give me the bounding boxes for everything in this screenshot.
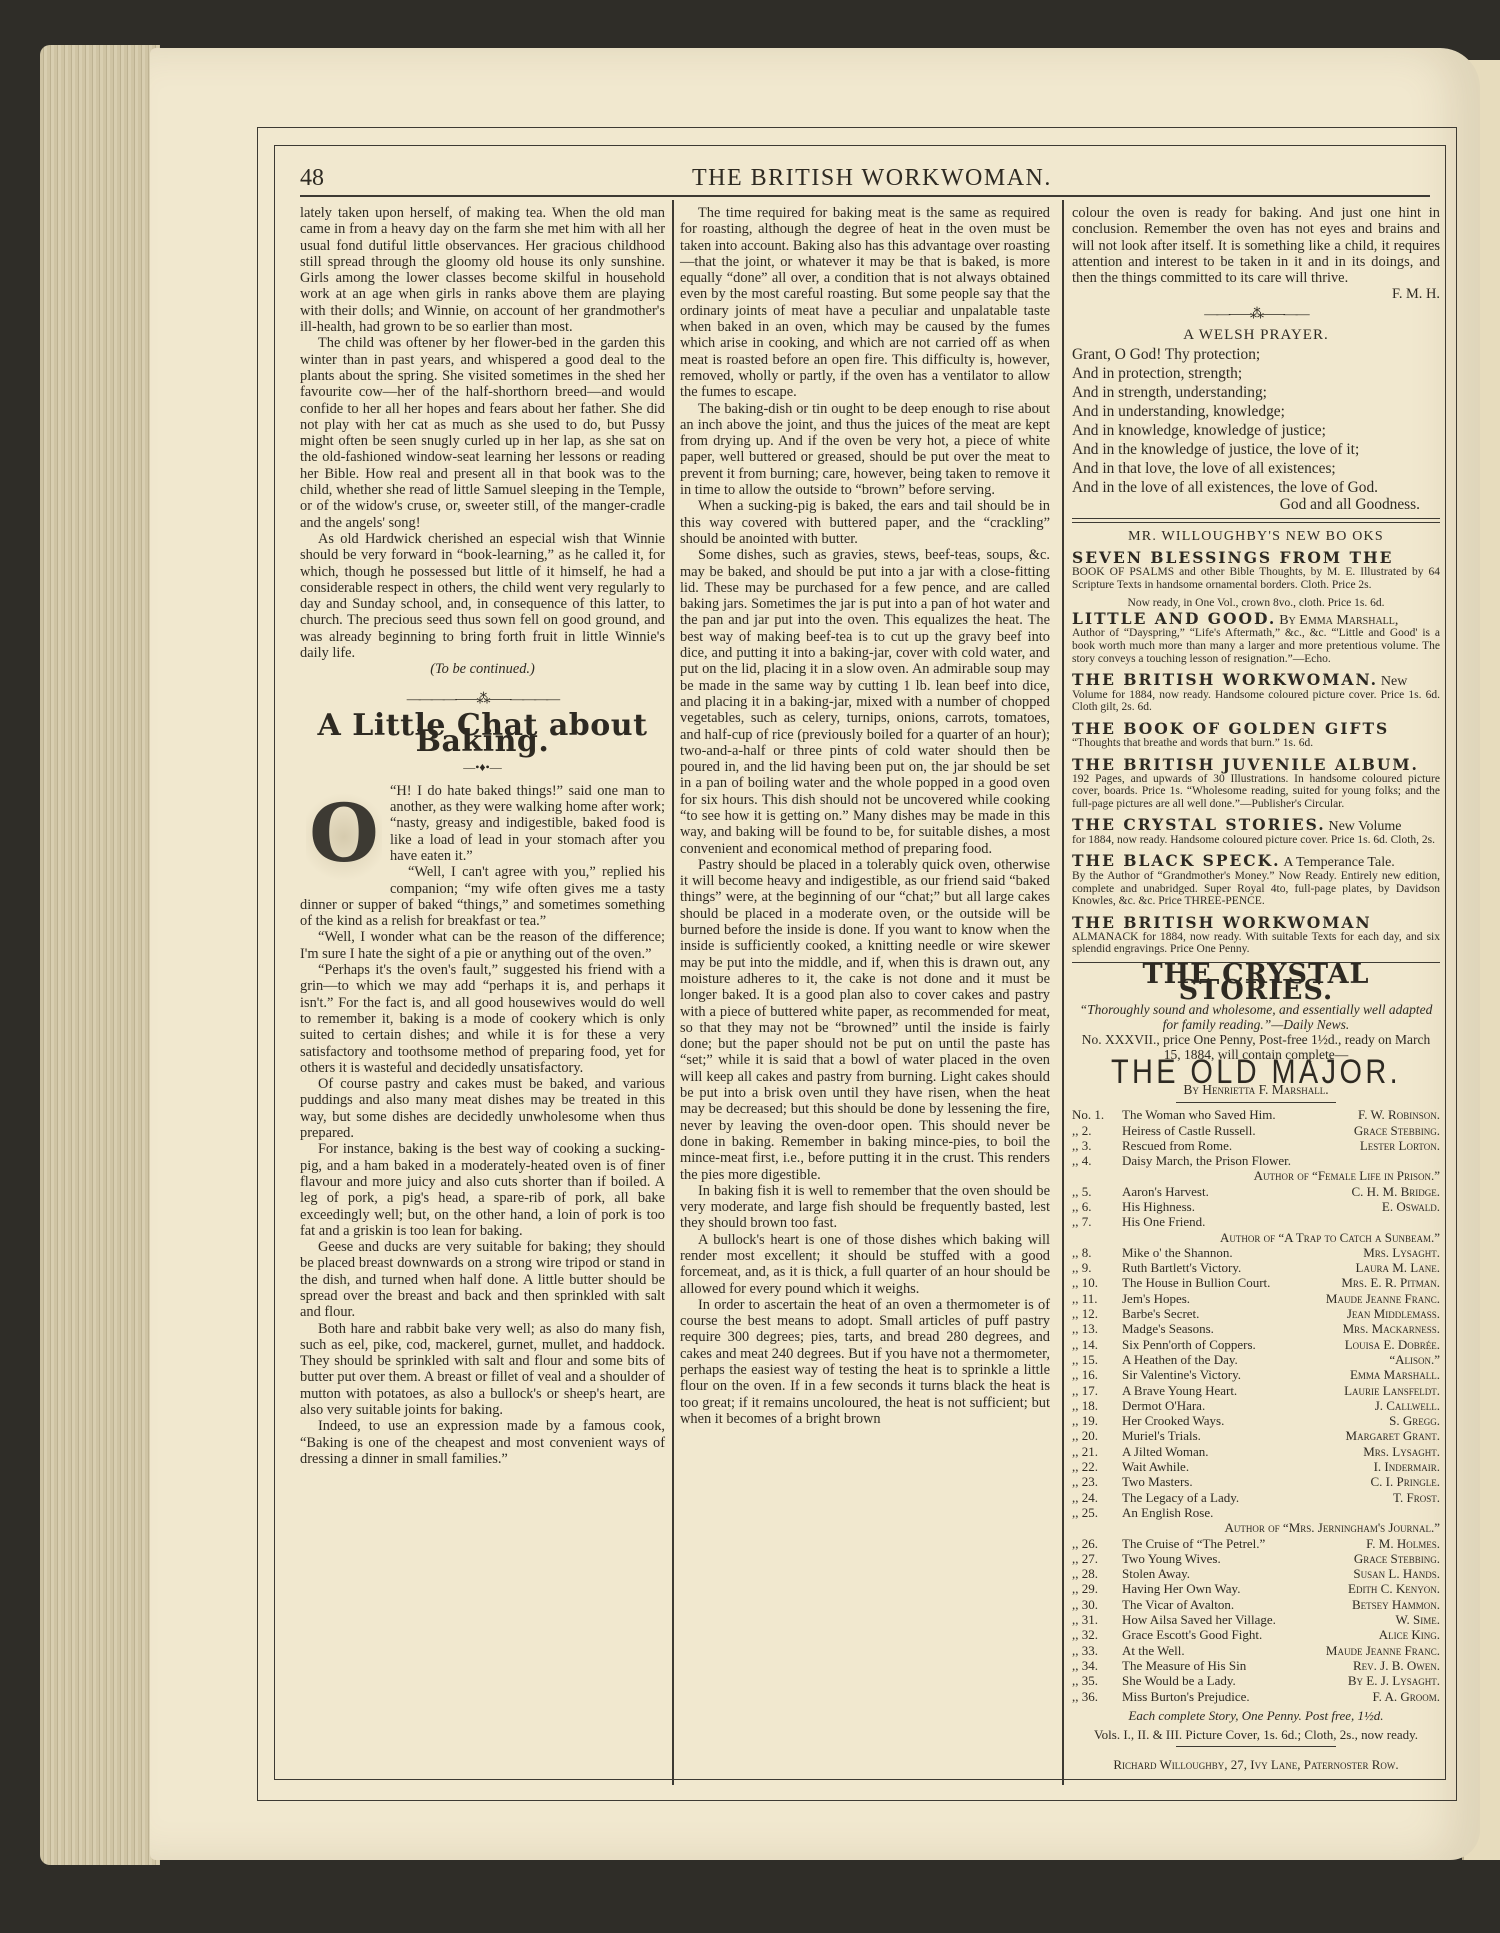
story-author: Grace Stebbing. [1354, 1551, 1440, 1566]
advert-body: Author of “Dayspring,” “Life's Aftermath… [1072, 627, 1440, 665]
story-author: S. Gregg. [1389, 1413, 1440, 1428]
story-author: Mrs. Lysaght. [1363, 1444, 1440, 1459]
story-author: Jean Middlemass. [1347, 1306, 1440, 1321]
story-list-item: ,, 3.Rescued from Rome.Lester Lorton. [1072, 1138, 1440, 1153]
story-paragraph: lately taken upon herself, of making tea… [300, 205, 665, 335]
advert-heading: THE BRITISH WORKWOMAN. [1072, 670, 1378, 689]
story-author-note: Author of “Female Life in Prison.” [1072, 1168, 1440, 1183]
story-list-item: ,, 7.His One Friend. [1072, 1214, 1440, 1229]
story-number: ,, 9. [1072, 1260, 1122, 1275]
story-number: ,, 30. [1072, 1597, 1122, 1612]
story-number: ,, 5. [1072, 1184, 1122, 1199]
story-author-note: Author of “A Trap to Catch a Sunbeam.” [1072, 1230, 1440, 1245]
story-number: ,, 32. [1072, 1627, 1122, 1642]
story-title: Barbe's Secret. [1122, 1306, 1199, 1321]
publisher-address: Richard Willoughby, 27, Ivy Lane, Patern… [1072, 1757, 1440, 1773]
column-1: lately taken upon herself, of making tea… [300, 205, 665, 1467]
story-author: Alice King. [1379, 1627, 1440, 1642]
story-list-item: ,, 6.His Highness.E. Oswald. [1072, 1199, 1440, 1214]
book-advert: THE CRYSTAL STORIES. New Volume for 1884… [1072, 816, 1440, 846]
story-title: Dermot O'Hara. [1122, 1398, 1205, 1413]
story-title: Two Young Wives. [1122, 1551, 1221, 1566]
story-title: A Jilted Woman. [1122, 1444, 1208, 1459]
column-3: colour the oven is ready for baking. And… [1072, 205, 1440, 1773]
story-title-cell: ,, 31.How Ailsa Saved her Village. [1072, 1612, 1276, 1627]
book-advert: THE BRITISH WORKWOMAN ALMANACK for 1884,… [1072, 914, 1440, 956]
article-paragraph: “Well, I wonder what can be the reason o… [300, 929, 665, 962]
advert-heading: LITTLE AND GOOD. [1072, 609, 1276, 628]
story-title: Having Her Own Way. [1122, 1581, 1240, 1596]
story-title-cell: ,, 4.Daisy March, the Prison Flower. [1072, 1153, 1291, 1168]
story-title: Sir Valentine's Victory. [1122, 1367, 1241, 1382]
story-title-cell: ,, 18.Dermot O'Hara. [1072, 1398, 1205, 1413]
story-list-item: ,, 4.Daisy March, the Prison Flower. [1072, 1153, 1440, 1168]
story-title: The House in Bullion Court. [1122, 1275, 1270, 1290]
double-rule [1072, 518, 1440, 523]
story-title-cell: ,, 25.An English Rose. [1072, 1505, 1213, 1520]
story-paragraph: As old Hardwick cherished an especial wi… [300, 531, 665, 661]
story-title-cell: ,, 30.The Vicar of Avalton. [1072, 1597, 1234, 1612]
story-number: ,, 20. [1072, 1428, 1122, 1443]
story-title-cell: ,, 22.Wait Awhile. [1072, 1459, 1189, 1474]
story-list-item: ,, 28.Stolen Away.Susan L. Hands. [1072, 1566, 1440, 1581]
story-list-item: ,, 32.Grace Escott's Good Fight.Alice Ki… [1072, 1627, 1440, 1642]
story-list-item: ,, 29.Having Her Own Way.Edith C. Kenyon… [1072, 1581, 1440, 1596]
story-title: The Cruise of “The Petrel.” [1122, 1536, 1265, 1551]
advert-heading: THE BLACK SPECK. [1072, 851, 1281, 870]
book-advert: Now ready, in One Vol., crown 8vo., clot… [1072, 597, 1440, 665]
story-title-cell: ,, 19.Her Crooked Ways. [1072, 1413, 1224, 1428]
story-author: C. H. M. Bridge. [1351, 1184, 1440, 1199]
story-author: Susan L. Hands. [1353, 1566, 1440, 1581]
story-title: Aaron's Harvest. [1122, 1184, 1209, 1199]
story-author: Maude Jeanne Franc. [1326, 1291, 1440, 1306]
story-author: Laura M. Lane. [1356, 1260, 1440, 1275]
article-paragraph: In baking fish it is well to remember th… [680, 1183, 1050, 1232]
story-list-item: ,, 31.How Ailsa Saved her Village.W. Sim… [1072, 1612, 1440, 1627]
book-advert: THE BOOK OF GOLDEN GIFTS “Thoughts that … [1072, 720, 1440, 750]
story-list-item: ,, 15.A Heathen of the Day.“Alison.” [1072, 1352, 1440, 1367]
author-signature: F. M. H. [1072, 286, 1440, 302]
book-advert: THE BRITISH JUVENILE ALBUM. 192 Pages, a… [1072, 756, 1440, 811]
story-number: ,, 28. [1072, 1566, 1122, 1581]
advert-body: ALMANACK for 1884, now ready. With suita… [1072, 931, 1440, 956]
story-number: ,, 4. [1072, 1153, 1122, 1168]
article-title: A Little Chat about Baking. [300, 718, 665, 751]
story-author: Emma Marshall. [1350, 1367, 1440, 1382]
story-number: ,, 31. [1072, 1612, 1122, 1627]
story-title-cell: ,, 20.Muriel's Trials. [1072, 1428, 1201, 1443]
story-list-item: ,, 26.The Cruise of “The Petrel.”F. M. H… [1072, 1536, 1440, 1551]
book-advert: THE BRITISH WORKWOMAN. New Volume for 18… [1072, 671, 1440, 714]
article-paragraph: Pastry should be placed in a tolerably q… [680, 857, 1050, 1183]
advert-body: for 1884, now ready. Handsome coloured p… [1072, 834, 1440, 847]
advert-heading: SEVEN BLESSINGS FROM THE [1072, 549, 1440, 566]
story-author-note: Author of “Mrs. Jerningham's Journal.” [1072, 1520, 1440, 1535]
story-author: Lester Lorton. [1360, 1138, 1440, 1153]
story-number: ,, 25. [1072, 1505, 1122, 1520]
page-number: 48 [300, 165, 324, 192]
article-paragraph: In order to ascertain the heat of an ove… [680, 1297, 1050, 1427]
article-paragraph: When a sucking-pig is baked, the ears an… [680, 498, 1050, 547]
story-title-cell: ,, 6.His Highness. [1072, 1199, 1195, 1214]
story-title: Jem's Hopes. [1122, 1291, 1190, 1306]
advert-extra: New Volume [1328, 819, 1401, 834]
masthead-title: THE BRITISH WORKWOMAN. [692, 165, 1052, 192]
story-number: ,, 2. [1072, 1123, 1122, 1138]
book-advert: THE BLACK SPECK. A Temperance Tale. By t… [1072, 852, 1440, 907]
story-author: Louisa E. Dobrée. [1345, 1337, 1440, 1352]
poem-line: And in that love, the love of all existe… [1072, 459, 1440, 478]
divider [1176, 1746, 1336, 1747]
story-list-item: ,, 20.Muriel's Trials.Margaret Grant. [1072, 1428, 1440, 1443]
story-title-cell: ,, 3.Rescued from Rome. [1072, 1138, 1232, 1153]
page-header: 48 THE BRITISH WORKWOMAN. [300, 165, 1430, 197]
story-title-cell: ,, 5.Aaron's Harvest. [1072, 1184, 1209, 1199]
story-title: The Measure of His Sin [1122, 1658, 1246, 1673]
story-number: ,, 34. [1072, 1658, 1122, 1673]
poem-line: Grant, O God! Thy protection; [1072, 345, 1440, 364]
story-author: Mrs. Lysaght. [1363, 1245, 1440, 1260]
story-title-cell: ,, 35.She Would be a Lady. [1072, 1673, 1236, 1688]
story-list-item: ,, 9.Ruth Bartlett's Victory.Laura M. La… [1072, 1260, 1440, 1275]
story-title-cell: ,, 28.Stolen Away. [1072, 1566, 1190, 1581]
column-divider [672, 200, 674, 1785]
story-author: T. Frost. [1393, 1490, 1440, 1505]
story-title-cell: ,, 10.The House in Bullion Court. [1072, 1275, 1270, 1290]
poem-line: And in strength, understanding; [1072, 383, 1440, 402]
advert-heading: THE BOOK OF GOLDEN GIFTS [1072, 720, 1440, 737]
advert-heading: THE BRITISH WORKWOMAN [1072, 914, 1440, 931]
story-author: I. Indermair. [1374, 1459, 1440, 1474]
story-title-cell: ,, 29.Having Her Own Way. [1072, 1581, 1240, 1596]
story-title: A Heathen of the Day. [1122, 1352, 1238, 1367]
story-title-cell: ,, 32.Grace Escott's Good Fight. [1072, 1627, 1262, 1642]
story-number: ,, 35. [1072, 1673, 1122, 1688]
story-number: ,, 18. [1072, 1398, 1122, 1413]
story-author: F. A. Groom. [1372, 1689, 1440, 1704]
story-author: Margaret Grant. [1346, 1428, 1440, 1443]
story-list-item: ,, 17.A Brave Young Heart.Laurie Lansfel… [1072, 1383, 1440, 1398]
story-number: ,, 19. [1072, 1413, 1122, 1428]
poem: Grant, O God! Thy protection; And in pro… [1072, 345, 1440, 513]
story-number: ,, 10. [1072, 1275, 1122, 1290]
story-title: Grace Escott's Good Fight. [1122, 1627, 1262, 1642]
story-title: The Woman who Saved Him. [1122, 1107, 1276, 1122]
advert-body: By the Author of “Grandmother's Money.” … [1072, 870, 1440, 908]
story-list-item: ,, 12.Barbe's Secret.Jean Middlemass. [1072, 1306, 1440, 1321]
divider [1176, 1102, 1336, 1103]
poem-line: And in the knowledge of justice, the lov… [1072, 440, 1440, 459]
story-title-cell: ,, 2.Heiress of Castle Russell. [1072, 1123, 1256, 1138]
advert-body: Volume for 1884, now ready. Handsome col… [1072, 689, 1440, 714]
story-list-item: ,, 27.Two Young Wives.Grace Stebbing. [1072, 1551, 1440, 1566]
story-title: Ruth Bartlett's Victory. [1122, 1260, 1241, 1275]
article-opening: O “H! I do hate baked things!” said one … [300, 783, 665, 864]
story-title: Daisy March, the Prison Flower. [1122, 1153, 1291, 1168]
story-list-item: ,, 22.Wait Awhile.I. Indermair. [1072, 1459, 1440, 1474]
story-title-cell: ,, 21.A Jilted Woman. [1072, 1444, 1208, 1459]
story-number: ,, 3. [1072, 1138, 1122, 1153]
article-paragraph: The baking-dish or tin ought to be deep … [680, 401, 1050, 499]
story-number: ,, 24. [1072, 1490, 1122, 1505]
story-author: F. W. Robinson. [1358, 1107, 1440, 1122]
story-list-item: ,, 8.Mike o' the Shannon.Mrs. Lysaght. [1072, 1245, 1440, 1260]
story-author: J. Callwell. [1375, 1398, 1440, 1413]
story-list-item: ,, 24.The Legacy of a Lady.T. Frost. [1072, 1490, 1440, 1505]
story-title: Six Penn'orth of Coppers. [1122, 1337, 1256, 1352]
advert-heading: THE BRITISH JUVENILE ALBUM. [1072, 756, 1440, 773]
column-divider [1062, 200, 1064, 1785]
story-title: The Vicar of Avalton. [1122, 1597, 1234, 1612]
story-number: ,, 16. [1072, 1367, 1122, 1382]
story-list-item: ,, 2.Heiress of Castle Russell.Grace Ste… [1072, 1123, 1440, 1138]
story-number: ,, 26. [1072, 1536, 1122, 1551]
story-author: Mrs. Mackarness. [1343, 1321, 1440, 1336]
story-title-cell: ,, 24.The Legacy of a Lady. [1072, 1490, 1239, 1505]
story-number: ,, 13. [1072, 1321, 1122, 1336]
story-title-cell: ,, 9.Ruth Bartlett's Victory. [1072, 1260, 1241, 1275]
story-title: At the Well. [1122, 1643, 1185, 1658]
story-list-item: ,, 5.Aaron's Harvest.C. H. M. Bridge. [1072, 1184, 1440, 1199]
story-title-cell: ,, 13.Madge's Seasons. [1072, 1321, 1214, 1336]
story-title: Her Crooked Ways. [1122, 1413, 1224, 1428]
story-title: Mike o' the Shannon. [1122, 1245, 1233, 1260]
story-title-cell: ,, 16.Sir Valentine's Victory. [1072, 1367, 1241, 1382]
story-number: ,, 27. [1072, 1551, 1122, 1566]
story-number: ,, 12. [1072, 1306, 1122, 1321]
poem-line: And in knowledge, knowledge of justice; [1072, 421, 1440, 440]
story-title-cell: ,, 36.Miss Burton's Prejudice. [1072, 1689, 1250, 1704]
story-title-cell: ,, 8.Mike o' the Shannon. [1072, 1245, 1233, 1260]
story-list: No. 1.The Woman who Saved Him.F. W. Robi… [1072, 1107, 1440, 1704]
story-list-item: No. 1.The Woman who Saved Him.F. W. Robi… [1072, 1107, 1440, 1122]
story-author: E. Oswald. [1382, 1199, 1440, 1214]
poem-line: And in protection, strength; [1072, 364, 1440, 383]
article-paragraph: Some dishes, such as gravies, stews, bee… [680, 547, 1050, 857]
story-number: ,, 21. [1072, 1444, 1122, 1459]
story-title-cell: ,, 23.Two Masters. [1072, 1474, 1193, 1489]
ornament-divider: ————⸺⁂⸺———— [300, 692, 665, 708]
story-author: Mrs. E. R. Pitman. [1341, 1275, 1440, 1290]
story-number: ,, 33. [1072, 1643, 1122, 1658]
story-number: No. 1. [1072, 1107, 1122, 1122]
poem-title: A WELSH PRAYER. [1072, 327, 1440, 343]
article-paragraph: A bullock's heart is one of those dishes… [680, 1232, 1050, 1297]
column-2: The time required for baking meat is the… [680, 205, 1050, 1427]
article-paragraph: “Perhaps it's the oven's fault,” suggest… [300, 962, 665, 1076]
story-author: “Alison.” [1389, 1352, 1440, 1367]
story-title-cell: ,, 7.His One Friend. [1072, 1214, 1205, 1229]
story-number: ,, 14. [1072, 1337, 1122, 1352]
story-title-cell: No. 1.The Woman who Saved Him. [1072, 1107, 1276, 1122]
story-list-item: ,, 30.The Vicar of Avalton.Betsey Hammon… [1072, 1597, 1440, 1612]
feature-title: THE OLD MAJOR. [1100, 1064, 1413, 1080]
story-list-item: ,, 10.The House in Bullion Court.Mrs. E.… [1072, 1275, 1440, 1290]
story-paragraph: The child was oftener by her flower-bed … [300, 335, 665, 531]
book-advert: SEVEN BLESSINGS FROM THE BOOK OF PSALMS … [1072, 549, 1440, 591]
story-author: Rev. J. B. Owen. [1353, 1658, 1440, 1673]
story-list-item: ,, 34.The Measure of His SinRev. J. B. O… [1072, 1658, 1440, 1673]
story-number: ,, 29. [1072, 1581, 1122, 1596]
story-title: Rescued from Rome. [1122, 1138, 1232, 1153]
story-list-item: ,, 35.She Would be a Lady.By E. J. Lysag… [1072, 1673, 1440, 1688]
article-paragraph: Geese and ducks are very suitable for ba… [300, 1239, 665, 1320]
story-title: Miss Burton's Prejudice. [1122, 1689, 1250, 1704]
story-title: Two Masters. [1122, 1474, 1193, 1489]
story-author: C. I. Pringle. [1371, 1474, 1440, 1489]
story-title: A Brave Young Heart. [1122, 1383, 1237, 1398]
ornament-divider: ——⸺⁂⸺—— [1072, 307, 1440, 323]
story-title-cell: ,, 11.Jem's Hopes. [1072, 1291, 1190, 1306]
story-list-item: ,, 14.Six Penn'orth of Coppers.Louisa E.… [1072, 1337, 1440, 1352]
advert-extra: New [1381, 674, 1407, 689]
story-title-cell: ,, 26.The Cruise of “The Petrel.” [1072, 1536, 1265, 1551]
story-list-item: ,, 21.A Jilted Woman.Mrs. Lysaght. [1072, 1444, 1440, 1459]
story-number: ,, 17. [1072, 1383, 1122, 1398]
story-number: ,, 11. [1072, 1291, 1122, 1306]
story-list-item: ,, 18.Dermot O'Hara.J. Callwell. [1072, 1398, 1440, 1413]
advert-body: “Thoughts that breathe and words that bu… [1072, 737, 1440, 750]
story-author: W. Sime. [1395, 1612, 1440, 1627]
crystal-quote: “Thoroughly sound and wholesome, and ess… [1072, 1002, 1440, 1032]
poem-line: And in understanding, knowledge; [1072, 402, 1440, 421]
book-page-edges [40, 45, 160, 1865]
story-number: ,, 15. [1072, 1352, 1122, 1367]
story-number: ,, 7. [1072, 1214, 1122, 1229]
story-author: By E. J. Lysaght. [1348, 1673, 1440, 1688]
story-list-item: ,, 19.Her Crooked Ways.S. Gregg. [1072, 1413, 1440, 1428]
story-number: ,, 36. [1072, 1689, 1122, 1704]
small-ornament: —•♦•— [300, 759, 665, 775]
story-title-cell: ,, 12.Barbe's Secret. [1072, 1306, 1199, 1321]
advert-heading: THE CRYSTAL STORIES. [1072, 815, 1326, 834]
advert-body: BOOK OF PSALMS and other Bible Thoughts,… [1072, 566, 1440, 591]
article-conclusion: colour the oven is ready for baking. And… [1072, 205, 1440, 286]
ads-title: MR. WILLOUGHBY'S NEW BO OKS [1072, 529, 1440, 545]
story-title: An English Rose. [1122, 1505, 1213, 1520]
story-title-cell: ,, 14.Six Penn'orth of Coppers. [1072, 1337, 1256, 1352]
crystal-stories-title: THE CRYSTAL STORIES. [1072, 962, 1440, 1000]
story-author: Grace Stebbing. [1354, 1123, 1440, 1138]
story-title-cell: ,, 27.Two Young Wives. [1072, 1551, 1221, 1566]
story-author: Laurie Lansfeldt. [1344, 1383, 1440, 1398]
story-author: F. M. Holmes. [1366, 1536, 1440, 1551]
article-paragraph: Both hare and rabbit bake very well; as … [300, 1321, 665, 1419]
article-paragraph: Of course pastry and cakes must be baked… [300, 1076, 665, 1141]
story-author: Edith C. Kenyon. [1348, 1581, 1440, 1596]
article-paragraph: Indeed, to use an expression made by a f… [300, 1418, 665, 1467]
story-author: Betsey Hammon. [1352, 1597, 1440, 1612]
volumes-note: Vols. I., II. & III. Picture Cover, 1s. … [1072, 1727, 1440, 1742]
story-list-item: ,, 16.Sir Valentine's Victory.Emma Marsh… [1072, 1367, 1440, 1382]
article-paragraph: For instance, baking is the best way of … [300, 1141, 665, 1239]
article-paragraph: The time required for baking meat is the… [680, 205, 1050, 401]
story-title: Muriel's Trials. [1122, 1428, 1201, 1443]
story-title: His One Friend. [1122, 1214, 1205, 1229]
story-title: How Ailsa Saved her Village. [1122, 1612, 1276, 1627]
advert-author: By Emma Marshall, [1279, 613, 1398, 628]
story-list-item: ,, 23.Two Masters.C. I. Pringle. [1072, 1474, 1440, 1489]
story-list-item: ,, 25.An English Rose. [1072, 1505, 1440, 1520]
poem-closing: God and all Goodness. [1072, 497, 1440, 513]
story-title: Wait Awhile. [1122, 1459, 1189, 1474]
story-title-cell: ,, 15.A Heathen of the Day. [1072, 1352, 1238, 1367]
story-number: ,, 23. [1072, 1474, 1122, 1489]
advert-extra: A Temperance Tale. [1283, 855, 1394, 870]
story-number: ,, 8. [1072, 1245, 1122, 1260]
story-author: Maude Jeanne Franc. [1326, 1643, 1440, 1658]
story-title-cell: ,, 33.At the Well. [1072, 1643, 1185, 1658]
price-note: Each complete Story, One Penny. Post fre… [1072, 1708, 1440, 1723]
story-list-item: ,, 36.Miss Burton's Prejudice.F. A. Groo… [1072, 1689, 1440, 1704]
story-title: She Would be a Lady. [1122, 1673, 1236, 1688]
story-list-item: ,, 13.Madge's Seasons.Mrs. Mackarness. [1072, 1321, 1440, 1336]
story-number: ,, 22. [1072, 1459, 1122, 1474]
story-list-item: ,, 33.At the Well.Maude Jeanne Franc. [1072, 1643, 1440, 1658]
story-title: Stolen Away. [1122, 1566, 1190, 1581]
story-title: Heiress of Castle Russell. [1122, 1123, 1256, 1138]
story-title: His Highness. [1122, 1199, 1195, 1214]
ornamental-dropcap-icon: O [306, 787, 382, 887]
story-list-item: ,, 11.Jem's Hopes.Maude Jeanne Franc. [1072, 1291, 1440, 1306]
story-number: ,, 6. [1072, 1199, 1122, 1214]
story-title-cell: ,, 17.A Brave Young Heart. [1072, 1383, 1237, 1398]
story-title: The Legacy of a Lady. [1122, 1490, 1239, 1505]
story-title: Madge's Seasons. [1122, 1321, 1214, 1336]
advert-body: 192 Pages, and upwards of 30 Illustratio… [1072, 773, 1440, 811]
story-title-cell: ,, 34.The Measure of His Sin [1072, 1658, 1246, 1673]
to-be-continued: (To be continued.) [300, 661, 665, 677]
poem-line: And in the love of all existences, the l… [1072, 478, 1440, 497]
